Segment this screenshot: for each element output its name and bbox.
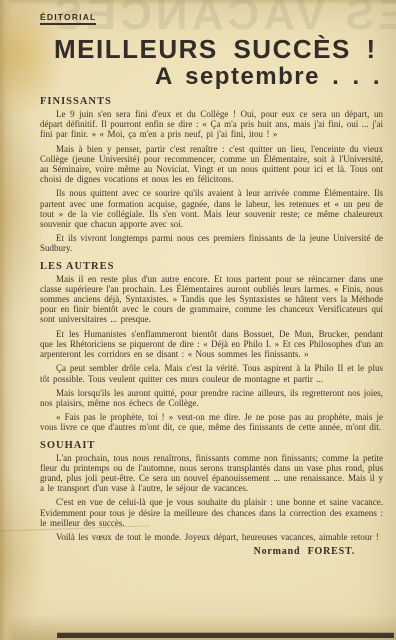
paragraph: Ils nous quittent avec ce sourire qu'ils… [40,188,383,229]
paragraph: Et ils vivront longtemps parmi nous ces … [40,233,383,253]
section-heading-les-autres: LES AUTRES [40,261,383,272]
page-content: ÉDITORIAL MEILLEURS SUCCÈS ! A septembre… [0,0,396,557]
editorial-label: ÉDITORIAL [40,12,96,25]
paragraph: Mais lorsqu'ils les auront quitté, pour … [40,388,383,408]
paragraph: Et les Humanistes s'enflammeront bientôt… [40,329,383,360]
paragraph: Voilà les vœux de tout le monde. Joyeux … [40,532,383,542]
section-souhait: SOUHAIT L'an prochain, tous nous renaîtr… [40,440,383,543]
paragraph: Le 9 juin s'en sera fini d'eux et du Col… [40,109,383,140]
section-heading-finissants: FINISSANTS [40,96,383,107]
paragraph: C'est en vue de celui-là que je vous sou… [40,497,383,528]
bottom-rule [57,633,394,638]
paragraph: Ça peut sembler drôle cela. Mais c'est l… [40,363,383,383]
section-heading-souhait: SOUHAIT [40,440,383,451]
page-subtitle: A septembre . . . [40,65,381,89]
author-signature: Normand FOREST. [40,546,355,557]
page-title: MEILLEURS SUCCÈS ! [54,36,383,62]
paragraph: Mais à bien y penser, partir c'est renaî… [40,144,383,185]
paragraph: « Fais pas le prophète, toi ! » veut-on … [40,412,383,432]
paragraph: L'an prochain, tous nous renaîtrons, fin… [40,453,383,494]
editorial-page: ES VACANCES ÉDITORIAL MEILLEURS SUCCÈS !… [0,0,396,640]
section-finissants: FINISSANTS Le 9 juin s'en sera fini d'eu… [40,96,383,254]
paragraph: Mais il en reste plus d'un autre encore.… [40,274,383,325]
section-les-autres: LES AUTRES Mais il en reste plus d'un au… [40,261,383,433]
